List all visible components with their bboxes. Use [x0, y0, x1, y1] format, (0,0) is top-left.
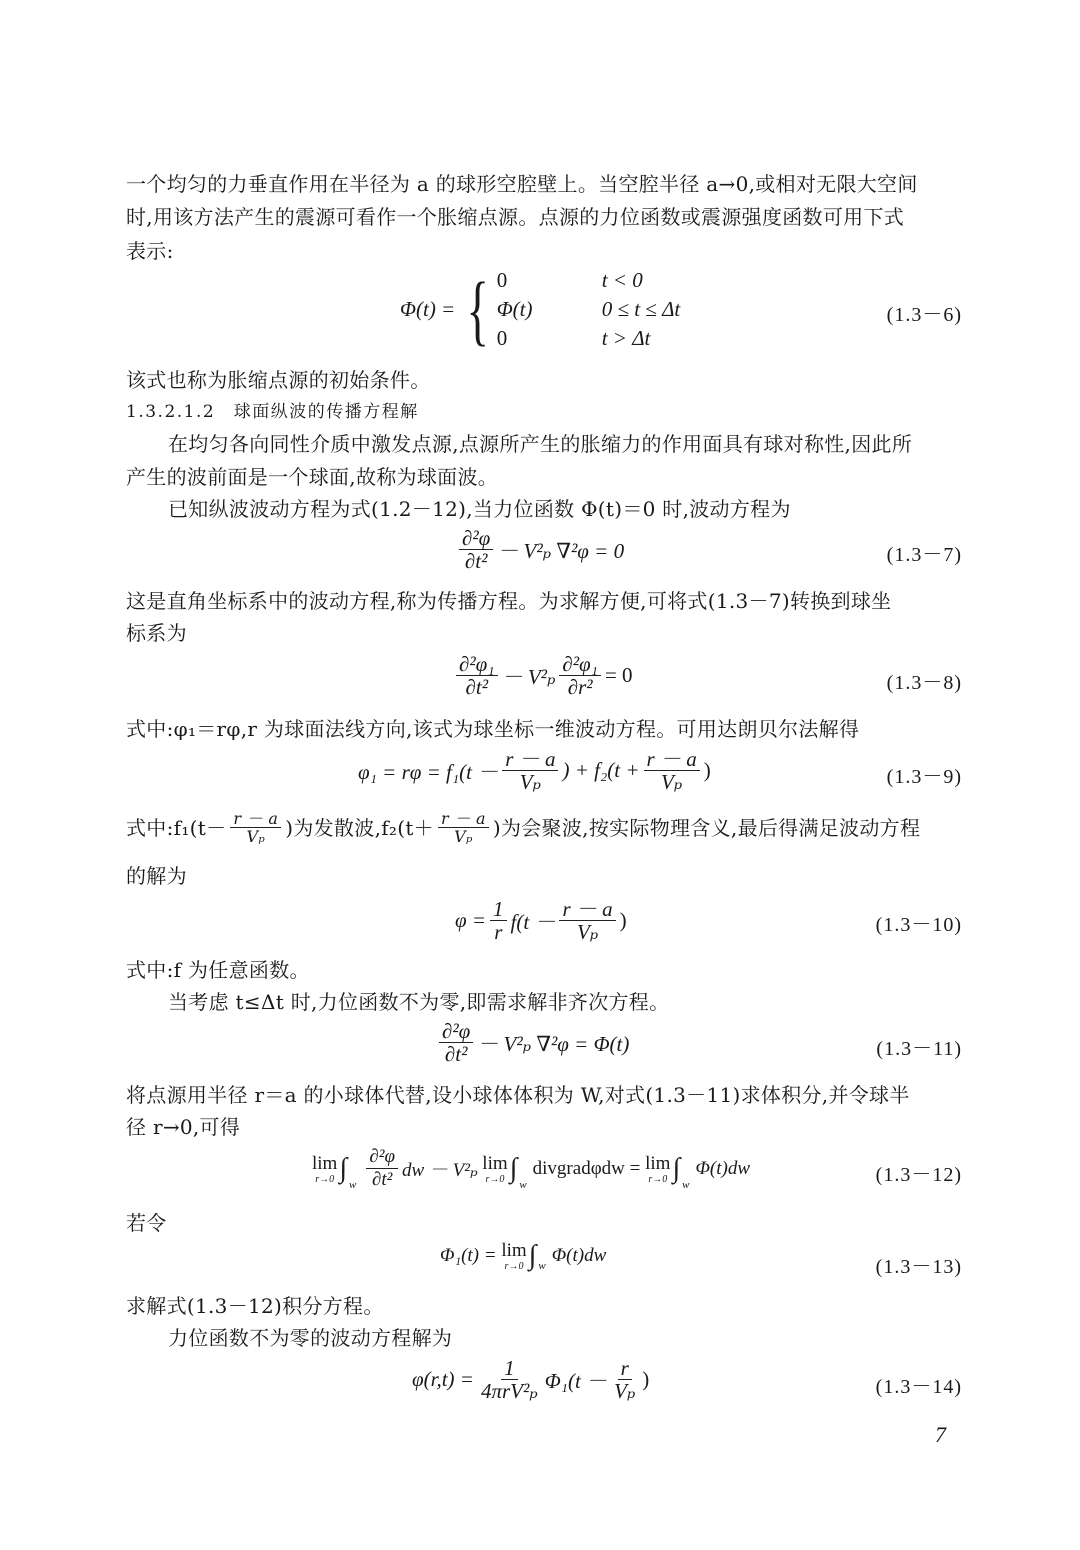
equation-number: (1.3－10) [876, 908, 962, 937]
eq-part: φ₁ = rφ = f₁(t － [358, 756, 498, 786]
paragraph-line: 已知纵波波动方程为式(1.2－12),当力位函数 Φ(t)＝0 时,波动方程为 [168, 495, 791, 523]
fraction: r － aVₚ [644, 748, 700, 793]
equation-1-3-11: ∂²φ∂t² － V²ₚ ∇²φ = Φ(t) [435, 1020, 629, 1065]
text-span: )为发散波,f₂(t＋ [285, 814, 434, 842]
case-condition: t < 0 [602, 268, 732, 293]
fraction: ∂²φ₁∂t² [456, 653, 498, 698]
limit-operator: limr→0 [501, 1240, 526, 1272]
eq-lhs: Φ(t) = [400, 297, 455, 322]
brace-symbol: { [467, 271, 489, 349]
equation-number: (1.3－9) [887, 760, 962, 789]
equation-number: (1.3－12) [876, 1158, 962, 1187]
paragraph-line: 式中:f 为任意函数。 [126, 956, 310, 984]
eq-mid: － V²ₚ [502, 661, 556, 691]
integral-symbol: ∫ [510, 1155, 518, 1183]
eq-part: dw － V²ₚ [402, 1155, 478, 1182]
paragraph-line: 产生的波前面是一个球面,故称为球面波。 [126, 463, 498, 491]
eq-part: f(t － [511, 906, 556, 936]
fraction: r － aVₚ [230, 810, 281, 845]
fraction: 14πrV²ₚ [478, 1357, 541, 1402]
limit-operator: limr→0 [645, 1153, 670, 1185]
paragraph-line: 力位函数不为零的波动方程解为 [168, 1324, 452, 1352]
equation-number: (1.3－7) [887, 538, 962, 567]
equation-1-3-14: φ(r,t) = 14πrV²ₚ Φ₁(t － rVₚ ) [412, 1357, 649, 1402]
equation-number: (1.3－14) [876, 1370, 962, 1399]
fraction: r － aVₚ [438, 810, 489, 845]
equation-number: (1.3－6) [887, 298, 962, 327]
eq-part: φ = [455, 908, 486, 933]
limit-operator: limr→0 [482, 1153, 507, 1185]
limit-operator: limr→0 [312, 1153, 337, 1185]
paragraph-line: 一个均匀的力垂直作用在半径为 a 的球形空腔壁上。当空腔半径 a→0,或相对无限… [126, 170, 918, 198]
equation-1-3-6: Φ(t) = { 0 t < 0 Φ(t) 0 ≤ t ≤ Δt 0 t > Δ… [400, 268, 732, 351]
eq-rhs: Φ(t)dw [552, 1245, 607, 1267]
eq-part: Φ₁(t － [545, 1365, 607, 1395]
case-condition: t > Δt [602, 326, 732, 351]
eq-rest: － V²ₚ ∇²φ = Φ(t) [477, 1028, 629, 1058]
paragraph-line: 当考虑 t≤Δt 时,力位函数不为零,即需求解非齐次方程。 [168, 988, 669, 1016]
eq-rest: － V²ₚ ∇²φ = 0 [497, 535, 624, 565]
integral-symbol: ∫ [672, 1155, 680, 1183]
section-heading: 1.3.2.1.2 球面纵波的传播方程解 [126, 398, 419, 426]
eq-part: ) [642, 1367, 649, 1392]
paragraph-line: 若令 [126, 1209, 167, 1237]
fraction: rVₚ [611, 1357, 638, 1402]
eq-part: Φ(t)dw [695, 1158, 750, 1180]
equation-number: (1.3－11) [876, 1032, 962, 1061]
paragraph-line: 表示: [126, 237, 174, 265]
eq-lhs: Φ₁(t) = [440, 1245, 497, 1267]
eq-part: ) + f₂(t + [562, 758, 639, 783]
cases-grid: 0 t < 0 Φ(t) 0 ≤ t ≤ Δt 0 t > Δt [497, 268, 732, 351]
integral-symbol: ∫ [529, 1242, 537, 1270]
eq-part: ) [620, 908, 627, 933]
equation-number: (1.3－13) [876, 1250, 962, 1279]
text-span: )为会聚波,按实际物理含义,最后得满足波动方程 [493, 814, 920, 842]
document-page: 一个均匀的力垂直作用在半径为 a 的球形空腔壁上。当空腔半径 a→0,或相对无限… [0, 0, 1080, 1550]
equation-1-3-10: φ = 1r f(t － r － aVₚ ) [455, 898, 627, 943]
paragraph-line: 这是直角坐标系中的波动方程,称为传播方程。为求解方便,可将式(1.3－7)转换到… [126, 587, 891, 615]
equation-1-3-8: ∂²φ₁∂t² － V²ₚ ∂²φ₁∂r² = 0 [452, 653, 633, 698]
fraction: r － aVₚ [502, 748, 558, 793]
fraction: 1r [490, 898, 507, 943]
fraction: ∂²φ₁∂r² [559, 653, 601, 698]
equation-1-3-9: φ₁ = rφ = f₁(t － r － aVₚ ) + f₂(t + r － … [358, 748, 711, 793]
case-value: Φ(t) [497, 297, 602, 322]
paragraph-line: 该式也称为胀缩点源的初始条件。 [126, 366, 431, 394]
paragraph-line: 的解为 [126, 862, 187, 890]
eq-rest: = 0 [605, 663, 633, 688]
equation-1-3-12: limr→0 ∫w ∂²φ∂t² dw － V²ₚ limr→0 ∫w divg… [312, 1146, 750, 1191]
paragraph-line: 时,用该方法产生的震源可看作一个胀缩点源。点源的力位函数或震源强度函数可用下式 [126, 203, 904, 231]
fraction: ∂²φ∂t² [459, 527, 493, 572]
paragraph-line: 标系为 [126, 619, 187, 647]
paragraph-line: 求解式(1.3－12)积分方程。 [126, 1292, 384, 1320]
case-condition: 0 ≤ t ≤ Δt [602, 297, 732, 322]
case-value: 0 [497, 268, 602, 293]
equation-1-3-7: ∂²φ∂t² － V²ₚ ∇²φ = 0 [455, 527, 624, 572]
eq-part: ) [704, 758, 711, 783]
paragraph-line: 径 r→0,可得 [126, 1113, 240, 1141]
paragraph-line-with-fractions: 式中:f₁(t－ r － aVₚ )为发散波,f₂(t＋ r － aVₚ )为会… [126, 810, 920, 845]
integral-symbol: ∫ [339, 1155, 347, 1183]
fraction: ∂²φ∂t² [366, 1146, 398, 1191]
equation-number: (1.3－8) [887, 666, 962, 695]
fraction: ∂²φ∂t² [439, 1020, 473, 1065]
case-value: 0 [497, 326, 602, 351]
eq-lhs: φ(r,t) = [412, 1367, 474, 1392]
equation-1-3-13: Φ₁(t) = limr→0 ∫w Φ(t)dw [440, 1240, 606, 1272]
page-number: 7 [935, 1422, 946, 1448]
fraction: r － aVₚ [559, 898, 615, 943]
paragraph-line: 将点源用半径 r＝a 的小球体代替,设小球体体积为 W,对式(1.3－11)求体… [126, 1081, 910, 1109]
text-span: 式中:f₁(t－ [126, 814, 226, 842]
eq-part: divgradφdw = [533, 1158, 641, 1180]
paragraph-line: 式中:φ₁＝rφ,r 为球面法线方向,该式为球坐标一维波动方程。可用达朗贝尔法解… [126, 715, 859, 743]
paragraph-line: 在均匀各向同性介质中激发点源,点源所产生的胀缩力的作用面具有球对称性,因此所 [168, 430, 912, 458]
